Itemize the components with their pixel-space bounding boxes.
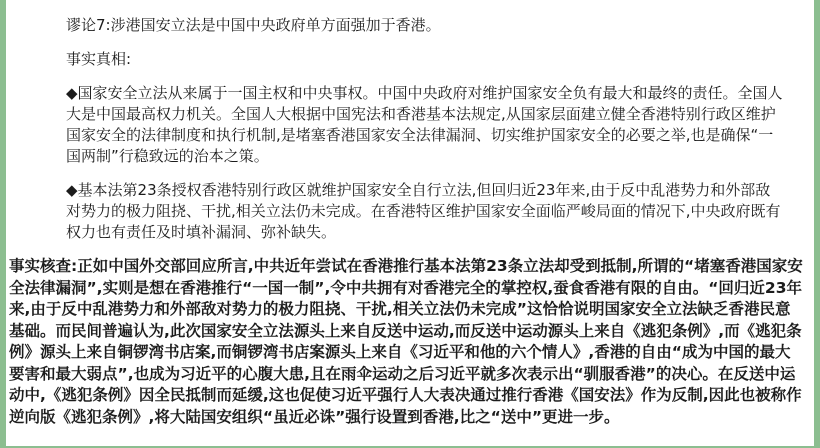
fallacy-title: 谬论7:涉港国安立法是中国中央政府单方面强加于香港。 [66,15,784,36]
truth-point-article23: ◆基本法第23条授权香港特别行政区就维护国家安全自行立法,但回归近23年来,由于… [66,180,784,243]
fallacy-quote-section: 谬论7:涉港国安立法是中国中央政府单方面强加于香港。 事实真相: ◆国家安全立法… [6,0,814,243]
truth-point-sovereignty: ◆国家安全立法从来属于一国主权和中央事权。中国中央政府对维护国家安全负有最大和最… [66,83,784,167]
green-border-frame: 谬论7:涉港国安立法是中国中央政府单方面强加于香港。 事实真相: ◆国家安全立法… [0,0,820,448]
fact-check-paragraph: 事实核查:正如中国外交部回应所言,中共近年尝试在香港推行基本法第23条立法却受到… [6,256,814,428]
truth-label: 事实真相: [66,49,784,70]
